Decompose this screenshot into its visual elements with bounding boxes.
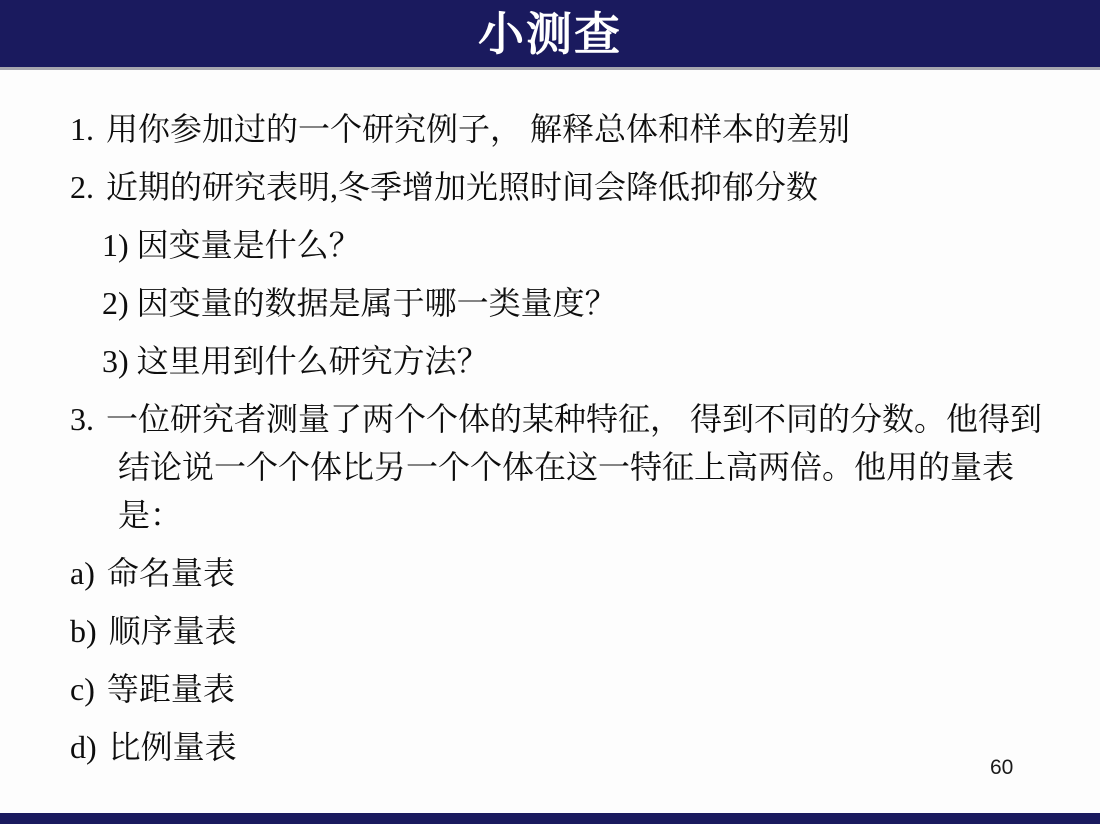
option-label: c) [70, 671, 95, 707]
question-number: 2. [70, 169, 94, 205]
option-text: 比例量表 [109, 729, 237, 765]
bottom-bar [0, 813, 1100, 824]
question-number: 3. [70, 401, 94, 437]
slide-body: 1.用你参加过的一个研究例子， 解释总体和样本的差别 2.近期的研究表明,冬季增… [0, 73, 1100, 781]
sub-question-number: 2) [102, 285, 129, 321]
option-text: 等距量表 [107, 671, 235, 707]
page-number: 60 [990, 756, 1013, 780]
option-item-d: d)比例量表 [70, 723, 1060, 771]
sub-question-number: 1) [102, 227, 129, 263]
question-item-2: 2.近期的研究表明,冬季增加光照时间会降低抑郁分数 [70, 163, 1060, 211]
question-item-3: 3.一位研究者测量了两个个体的某种特征， 得到不同的分数。他得到结论说一个个体比… [70, 395, 1060, 539]
question-number: 1. [70, 111, 94, 147]
option-text: 命名量表 [107, 555, 235, 591]
slide-header: 小测查 [0, 0, 1100, 70]
option-item-b: b)顺序量表 [70, 607, 1060, 655]
option-label: d) [70, 729, 97, 765]
sub-question-item-2: 2)因变量的数据是属于哪一类量度？ [102, 279, 1060, 327]
sub-question-item-3: 3)这里用到什么研究方法？ [102, 337, 1060, 385]
sub-question-number: 3) [102, 343, 129, 379]
option-text: 顺序量表 [109, 613, 237, 649]
question-item-1: 1.用你参加过的一个研究例子， 解释总体和样本的差别 [70, 105, 1060, 153]
slide-title: 小测查 [478, 0, 622, 68]
option-item-a: a)命名量表 [70, 549, 1060, 597]
sub-question-text: 这里用到什么研究方法？ [137, 343, 489, 379]
sub-question-text: 因变量的数据是属于哪一类量度？ [137, 285, 617, 321]
sub-question-item-1: 1)因变量是什么？ [102, 221, 1060, 269]
option-item-c: c)等距量表 [70, 665, 1060, 713]
option-label: b) [70, 613, 97, 649]
sub-question-text: 因变量是什么？ [137, 227, 361, 263]
option-label: a) [70, 555, 95, 591]
question-text: 用你参加过的一个研究例子， 解释总体和样本的差别 [106, 111, 850, 147]
question-text: 近期的研究表明,冬季增加光照时间会降低抑郁分数 [106, 169, 818, 205]
question-text: 一位研究者测量了两个个体的某种特征， 得到不同的分数。他得到结论说一个个体比另一… [106, 401, 1042, 533]
